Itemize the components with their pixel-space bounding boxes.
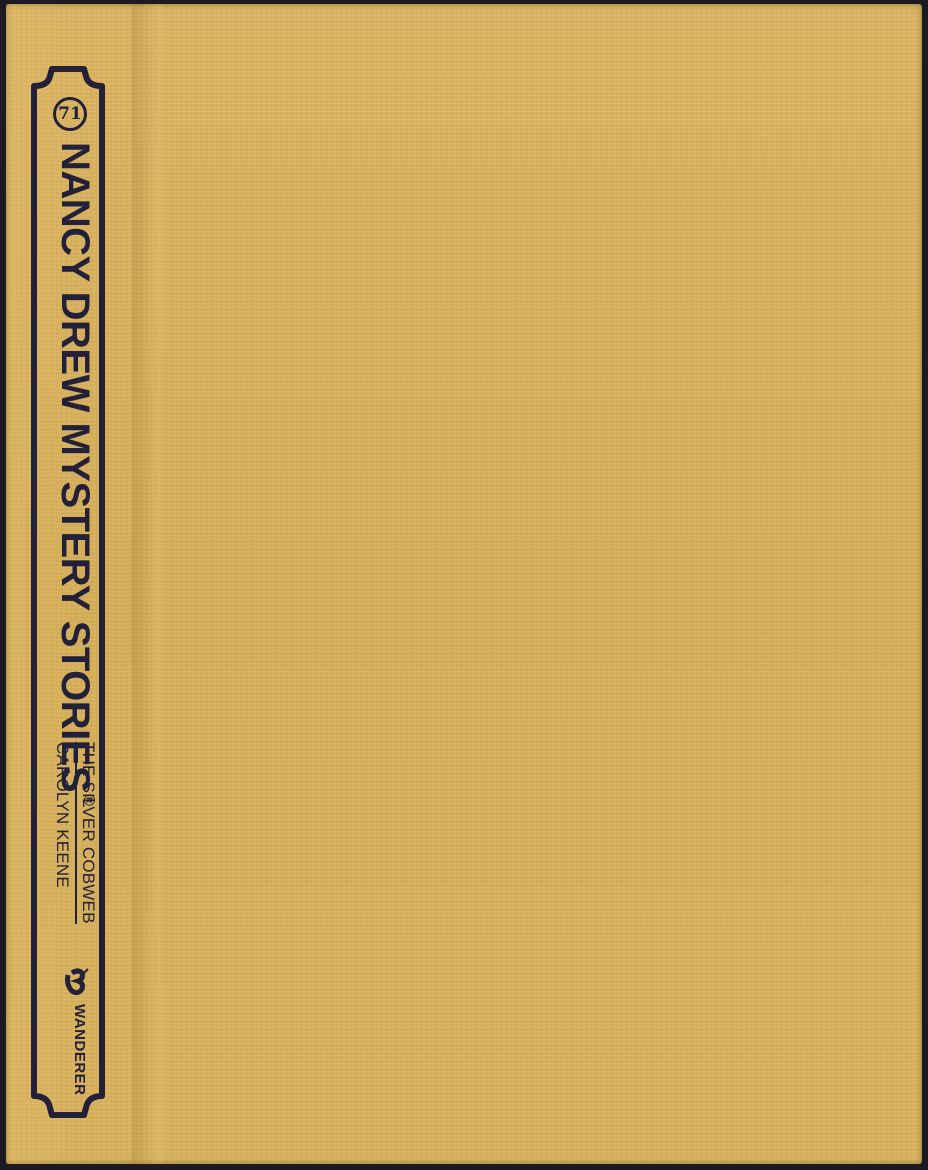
- wanderer-logo-icon: [62, 967, 90, 997]
- volume-number-badge: 71: [53, 97, 87, 131]
- title-divider: [75, 742, 77, 924]
- spine-hinge: [132, 4, 166, 1164]
- volume-number: 71: [58, 104, 82, 124]
- publisher-name: WANDERER: [71, 1004, 88, 1096]
- series-title: NANCY DREW MYSTERY STORIES®: [52, 142, 97, 805]
- book-title: THE SILVER COBWEB: [78, 742, 98, 924]
- author-name: CAROLYN KEENE: [52, 742, 72, 888]
- book-cover: 71 NANCY DREW MYSTERY STORIES® THE SILVE…: [6, 4, 922, 1164]
